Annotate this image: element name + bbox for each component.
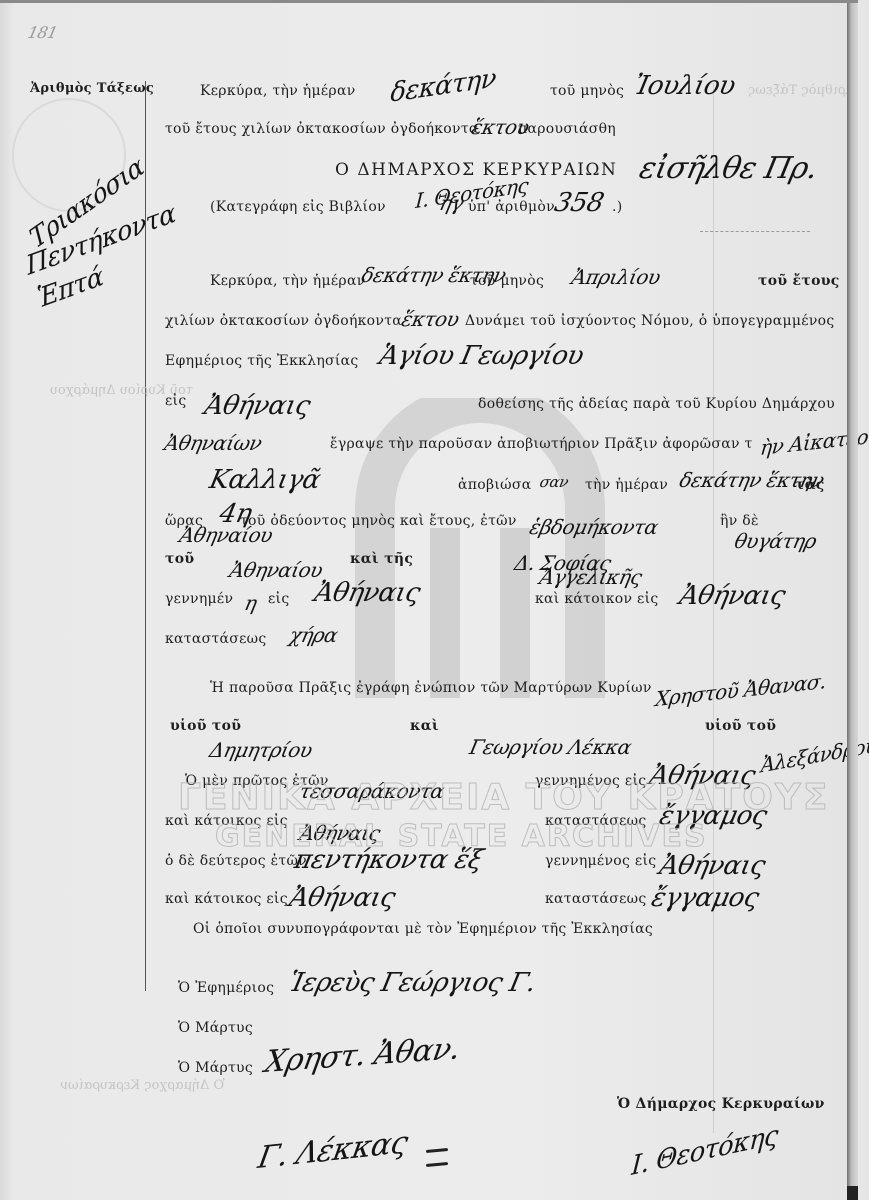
- binding-spine-edge: [847, 1186, 858, 1200]
- act-line3-prefix: Εφημέριος τῆς Ἐκκλησίας: [165, 353, 359, 369]
- act-line4-suffix: δοθείσης τῆς ἀδείας παρὰ τοῦ Κυρίου Δημά…: [478, 396, 835, 412]
- act-line1-prefix: Κερκύρα, τὴν ἡμέραν: [210, 273, 366, 289]
- mayor-sign-label: Ὁ Δήμαρχος Κερκυραίων: [617, 1096, 825, 1112]
- header-month-label: τοῦ μηνὸς: [550, 83, 624, 99]
- hw-month: Ἰουλίου: [632, 71, 738, 101]
- header-line1-prefix: Κερκύρα, τὴν ἡμέραν: [200, 83, 356, 99]
- act-line7-text: τοῦ ὀδεύοντος μηνὸς καὶ ἔτους, ἐτῶν: [240, 513, 517, 529]
- hw-status: χήρα: [287, 623, 339, 647]
- priest-label: Ὁ Ἐφημέριος: [178, 980, 274, 996]
- hw-father: Ἀθηναίου: [177, 523, 274, 547]
- act-line10-label: καταστάσεως: [165, 631, 267, 647]
- act-line9-label-right: καὶ κάτοικον εἰς: [535, 591, 659, 607]
- act-month-label: τοῦ μηνὸς: [470, 273, 544, 289]
- witnesses-line-text: Ἡ παροῦσα Πρᾶξις ἐγράφη ἐνώπιον τῶν Μαρτ…: [210, 680, 652, 696]
- hw-second-witness-born: Ἀθήναις: [657, 851, 768, 881]
- act-line6-text2: τὴν ἡμέραν: [585, 477, 668, 493]
- signature-dash: [426, 1148, 448, 1153]
- header-line2-suffix: παρουσιάσθη: [518, 121, 616, 137]
- hw-witness2-signature: Γ. Λέκκας: [255, 1125, 410, 1176]
- top-corner-note: 181: [26, 23, 59, 42]
- hw-born-place: Ἀθήναις: [312, 578, 423, 608]
- register-mid: ὑπ' ἀριθμὸν: [468, 199, 555, 215]
- hw-mayor-signature-bottom: Ι. Θεοτόκης: [631, 1120, 779, 1182]
- second-witness-age-label: ὁ δὲ δεύτερος ἐτῶν: [165, 853, 307, 869]
- hw-church: Ἁγίου Γεωργίου: [377, 341, 586, 371]
- signature-dash: [426, 1162, 448, 1167]
- witness1-sign-label: Ὁ Μάρτυς: [178, 1020, 253, 1036]
- register-prefix: (Κατεγράφη εἰς Βιβλίον: [210, 199, 386, 215]
- header-line2-prefix: τοῦ ἔτους χιλίων ὀκτακοσίων ὀγδοήκοντα: [165, 121, 479, 137]
- act-line8-mid: καὶ τῆς: [350, 551, 413, 567]
- act-year-label: τοῦ ἔτους: [758, 273, 840, 289]
- watermark-english: GENERAL STATE ARCHIVES: [215, 819, 708, 854]
- hw-act-month: Ἀπριλίου: [569, 265, 662, 289]
- hw-gender-suffix: σαν: [538, 473, 570, 491]
- act-line9-label: γεννημέν: [165, 591, 233, 607]
- second-witness-status-label: καταστάσεως: [545, 891, 647, 907]
- act-line5-text: ἔγραψε τὴν παροῦσαν ἀποβιωτήριον Πρᾶξιν …: [330, 436, 753, 452]
- act-line6-text: ἀποβιώσα: [458, 477, 532, 493]
- mayor-heading: Ο ΔΗΜΑΡΧΟΣ ΚΕΡΚΥΡΑΙΩΝ: [335, 160, 617, 180]
- hw-witness2: Γεωργίου Λέκκα: [467, 735, 633, 759]
- hw-mother-name: Ἀγγελικῆς: [537, 565, 644, 589]
- act-line6-label: τὰς: [795, 477, 825, 493]
- register-suffix: .): [612, 199, 623, 215]
- hw-register-number: 358: [552, 188, 607, 218]
- act-line2-prefix: χιλίων ὀκτακοσίων ὀγδοήκοντα: [165, 313, 402, 329]
- bleed-through-text: Ὁ Δήμαρχος Κερκυραίων: [60, 1078, 225, 1093]
- hw-jurisdiction: Ἀθηναίων: [162, 431, 264, 455]
- witness2-sign-label: Ὁ Μάρτυς: [178, 1060, 253, 1076]
- son-of-label-right: υἱοῦ τοῦ: [705, 718, 776, 734]
- document-page: Ἀριθμὸς Τάξεως τοῦ Κυρίου Δημάρχου Ὁ Δήμ…: [0, 0, 858, 1200]
- hw-place: Ἀθήναις: [202, 391, 313, 421]
- second-witness-born-label: γεννημένος εἰς: [545, 853, 656, 869]
- margin-header: Ἀριθμὸς Τάξεως: [30, 81, 154, 96]
- hw-residence: Ἀθήναις: [677, 581, 788, 611]
- hw-register-book: ηγ: [437, 191, 465, 215]
- act-line2-suffix: Δυνάμει τοῦ ἰσχύοντος Νόμου, ὁ ὑπογεγραμ…: [465, 313, 835, 329]
- hw-age: ἑβδομήκοντα: [527, 515, 660, 539]
- divider: [700, 231, 810, 233]
- hw-act-year: ἕκτου: [399, 307, 461, 331]
- son-of-label-left: υἱοῦ τοῦ: [170, 718, 241, 734]
- hw-second-witness-res: Ἀθήναις: [287, 883, 398, 913]
- bleed-through-text: Ἀριθμὸς Τάξεως: [748, 83, 855, 98]
- binding-spine: [847, 3, 858, 1200]
- watermark-greek: ΓΕΝΙΚΑ ΑΡΧΕΙΑ ΤΟΥ ΚΡΑΤΟΥΣ: [178, 777, 829, 818]
- hw-second-witness-status: ἔγγαμος: [649, 883, 762, 913]
- hw-born-suffix: η: [242, 591, 259, 615]
- hw-surname: Καλλιγᾶ: [207, 465, 323, 495]
- hw-witness-signature: Χρηστ. Ἀθαν.: [262, 1031, 463, 1080]
- hw-day: δεκάτην: [389, 63, 497, 108]
- son-of-and: καὶ: [410, 718, 439, 734]
- hw-witness1-father: Δημητρίου: [207, 738, 314, 762]
- act-line8-label: τοῦ: [165, 551, 194, 567]
- act-line4-prefix: εἰς: [165, 393, 186, 409]
- hw-priest-signature: Ἱερεὺς Γεώργιος Γ.: [287, 968, 539, 998]
- hw-father-name: Ἀθηναίου: [227, 558, 324, 582]
- act-line7-label: ἣν δὲ: [720, 513, 759, 529]
- hw-mayor-note: εἰσῆλθε Πρ.: [636, 151, 820, 186]
- act-line9-label2: εἰς: [268, 591, 289, 607]
- cosign-line: Οἱ ὁποῖοι συνυπογράφονται μὲ τὸν Ἐφημέρι…: [193, 921, 653, 937]
- second-witness-res-label: καὶ κάτοικος εἰς: [165, 891, 288, 907]
- hw-witness1: Χρηστοῦ Ἀθανασ.: [654, 669, 827, 711]
- hw-relation: θυγάτηρ: [732, 529, 818, 553]
